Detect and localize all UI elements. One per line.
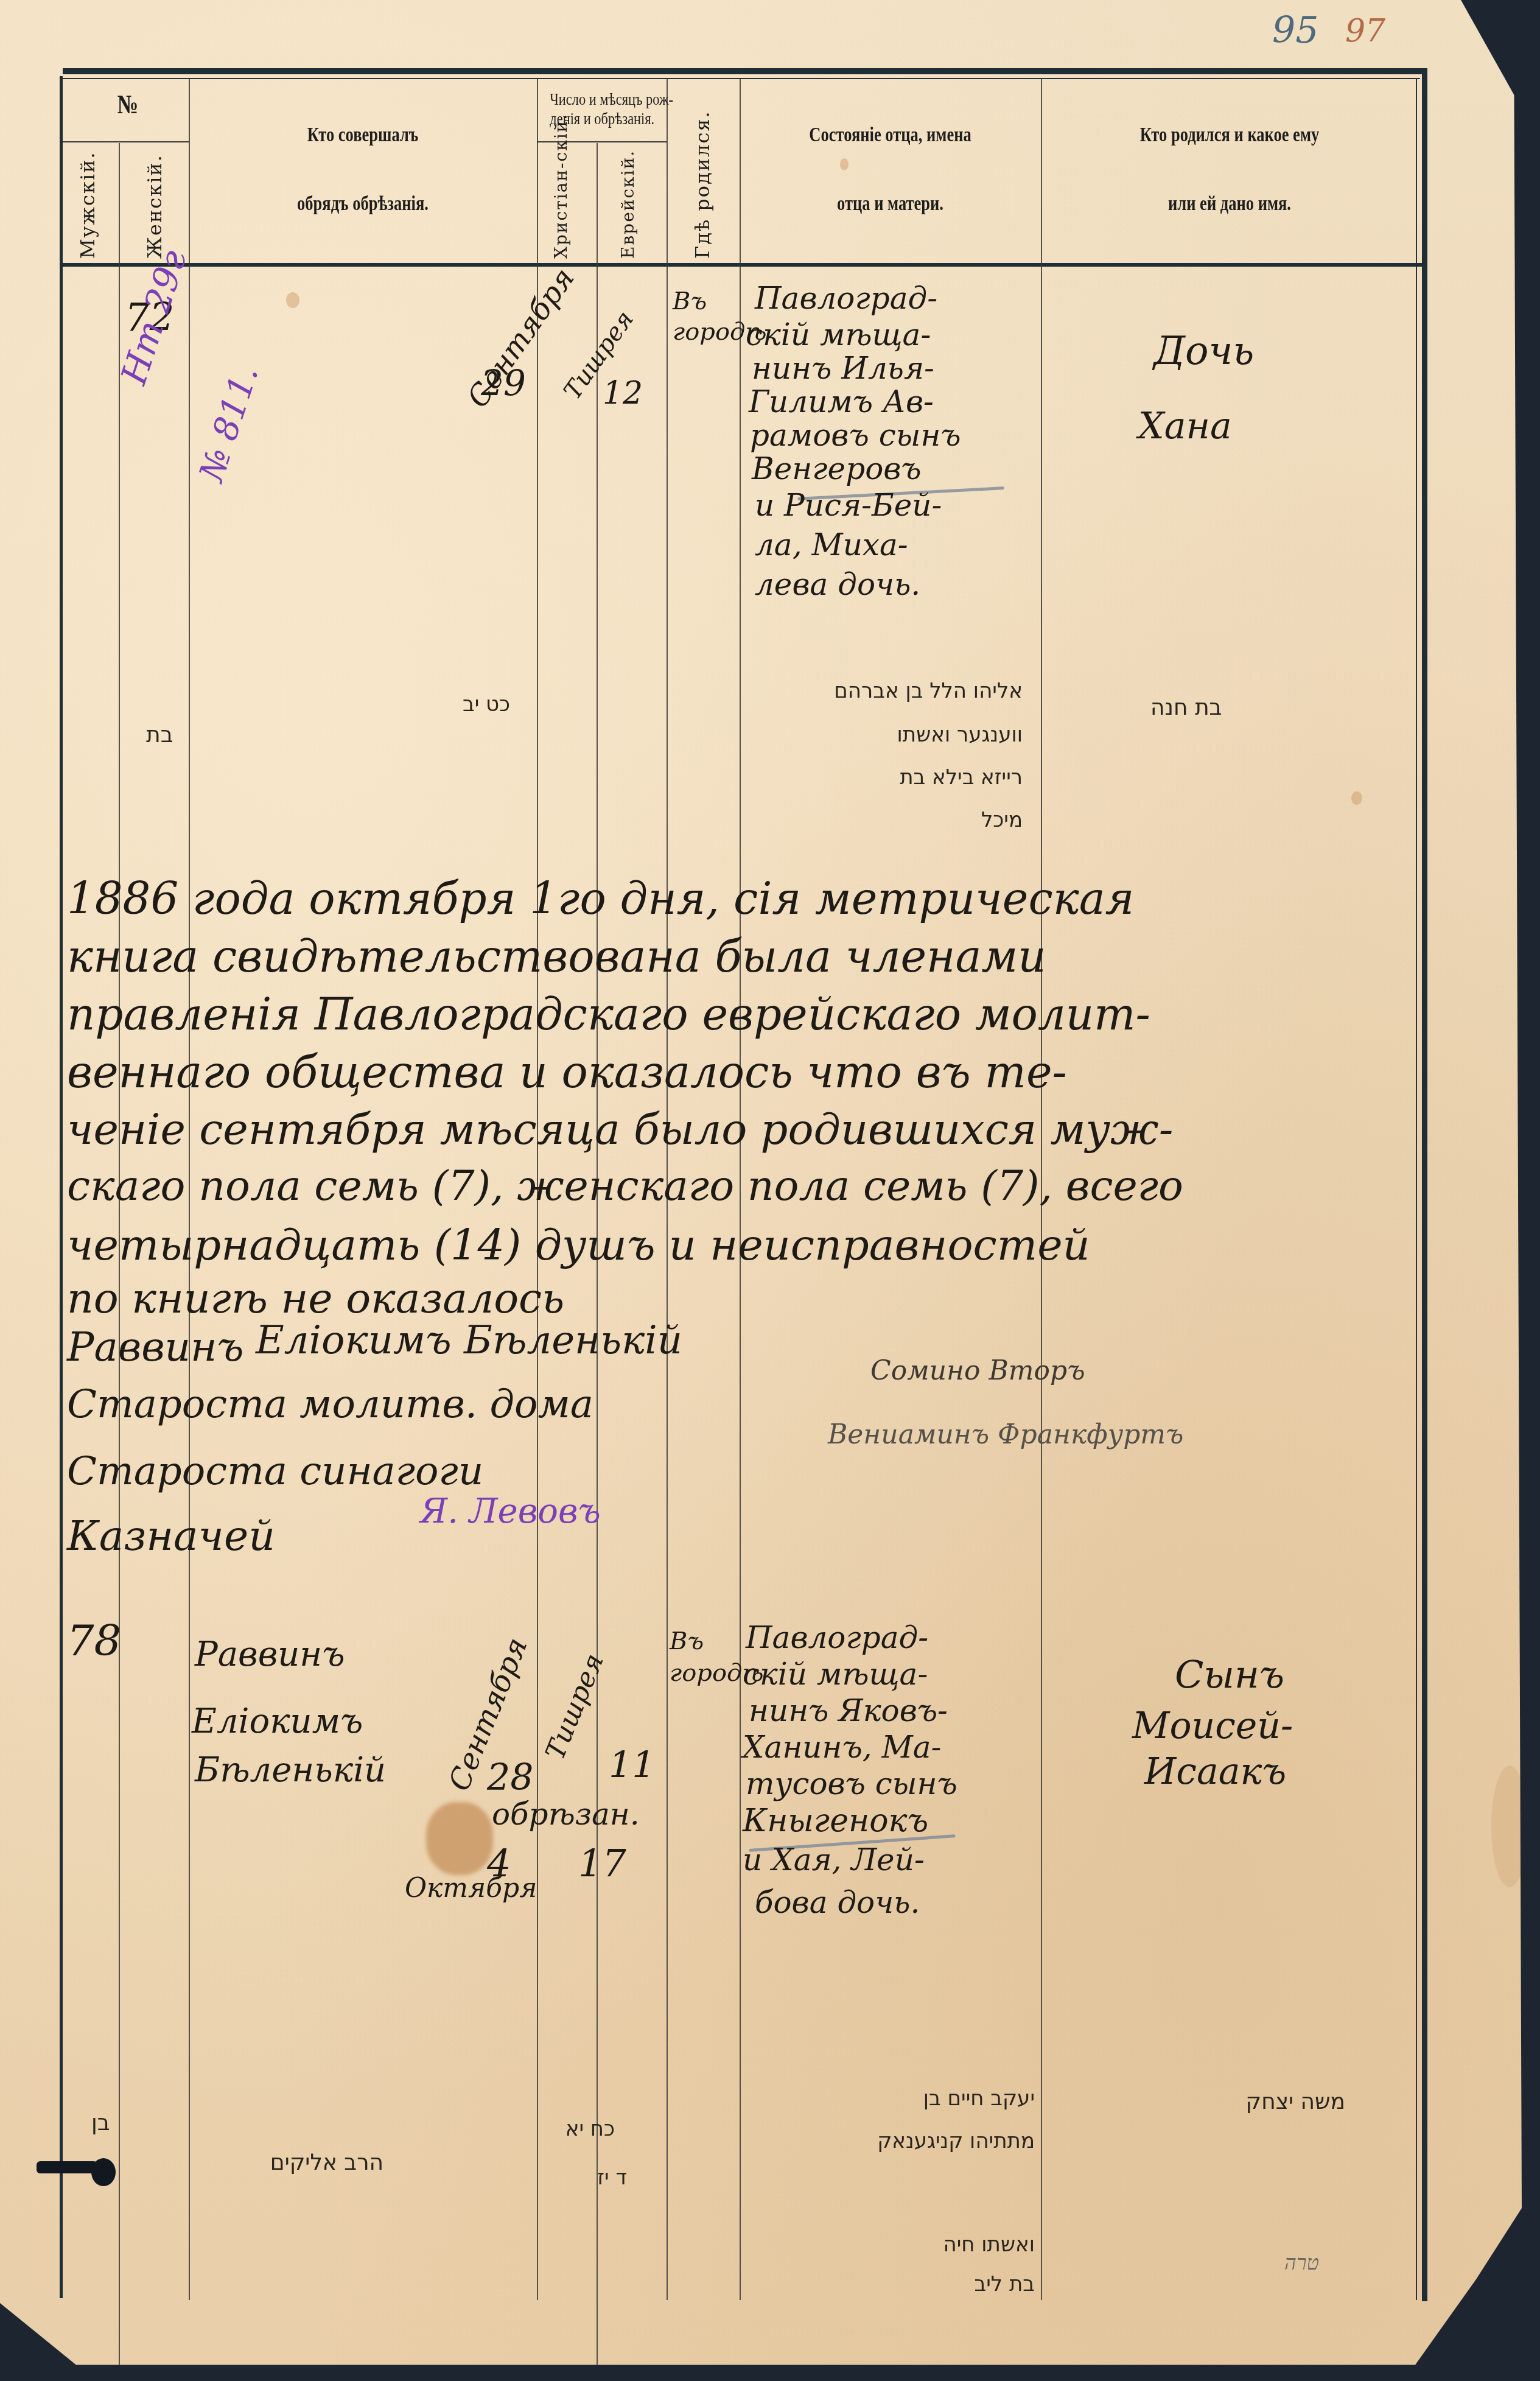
stain: [840, 158, 849, 170]
stain: [426, 1802, 493, 1875]
binding-hole: [91, 2158, 116, 2186]
hebrew-circ-dates: ד יז: [517, 2167, 627, 2188]
parents-surname: Кныгенокъ: [743, 1805, 928, 1837]
hebrew-no: בת: [146, 724, 173, 746]
hebrew-performer: הרב אליקים: [183, 2152, 383, 2174]
circumcision-jewish-day: 17: [578, 1845, 626, 1882]
signature-role: Староста синагоги: [67, 1452, 483, 1491]
header-performer-line1: Кто совершалъ: [227, 125, 499, 146]
certification-line: четырнадцать (14) душъ и неисправностей: [67, 1224, 1090, 1266]
parents-line: лева дочь.: [755, 569, 920, 600]
table-border-right-inner: [1416, 78, 1417, 2300]
signature-role: Казначей: [67, 1516, 275, 1557]
parents-line: нинъ Яковъ-: [749, 1695, 948, 1726]
signature-name: Вениаминъ Франкфуртъ: [828, 1422, 1183, 1448]
hebrew-parents: מיכל: [913, 810, 1023, 830]
header-christian: Христіан-скій.: [551, 149, 571, 259]
parents-line: и Хая, Лей-: [743, 1845, 925, 1875]
parents-line: скій мѣща-: [746, 320, 931, 350]
binding-slot: [37, 2161, 97, 2173]
circumcision-label: обрѣзан.: [492, 1799, 640, 1829]
jewish-month: Тишрея: [542, 1650, 608, 1764]
folio-number: 95: [1272, 12, 1318, 49]
header-child-line2: или ей дано имя.: [1082, 194, 1377, 214]
certification-line: книга свидѣтельствована была членами: [67, 935, 1046, 978]
performer-line: Раввинъ: [195, 1638, 345, 1672]
folio-number-red: 97: [1345, 15, 1385, 47]
header-number: №: [104, 91, 152, 118]
signature-role: Староста молитв. дома: [67, 1385, 593, 1424]
circumcision-month: Октября: [405, 1875, 537, 1902]
header-parents-line1: Состояніе отца, имена: [772, 125, 1007, 146]
hebrew-child: משה יצחק: [1102, 2091, 1345, 2113]
christian-day: 28: [487, 1759, 533, 1796]
header-birthplace: Гдѣ родился.: [691, 91, 714, 259]
hebrew-parents: אליהו הלל בן אברהם: [670, 681, 1023, 701]
hebrew-parents: ווענגער ואשתו: [730, 724, 1023, 745]
parents-line: Павлоград-: [755, 283, 937, 314]
signature-name-violet: Я. Левовъ: [420, 1495, 601, 1529]
signature-name: Сомино Вторъ: [870, 1358, 1085, 1384]
child-name: Исаакъ: [1144, 1753, 1286, 1790]
parents-line: Павлоград-: [746, 1622, 928, 1653]
certification-line: веннаго общества и оказалось что въ те-: [67, 1050, 1067, 1094]
parents-line: скій мѣща-: [743, 1659, 928, 1689]
jewish-day: 12: [603, 377, 643, 409]
record-number-male: 78: [67, 1619, 121, 1662]
header-male: Мужскій.: [76, 152, 99, 259]
pencil-note: טרה: [1284, 2253, 1319, 2273]
parents-line: тусовъ сынъ: [746, 1769, 957, 1799]
header-female: Женскій.: [143, 152, 166, 259]
stain: [1491, 1766, 1528, 1887]
register-page: 95 97 № Мужскій. Женскій. Кто совершалъ …: [0, 0, 1522, 2374]
child-gender: Сынъ: [1175, 1656, 1284, 1694]
header-parents-line2: отца и матери.: [772, 194, 1007, 214]
header-child-line1: Кто родился и какое ему: [1082, 125, 1377, 146]
subheader-rule: [63, 141, 189, 142]
certification-line: правленія Павлоградскаго еврейскаго моли…: [67, 992, 1150, 1036]
stain: [286, 292, 299, 308]
parents-surname: Венгеровъ: [752, 454, 922, 484]
parents-line: Гилимъ Ав-: [749, 387, 934, 417]
table-border-left: [60, 76, 63, 2298]
hebrew-parents: יעקב חיים בן: [749, 2088, 1035, 2109]
parents-line: ла, Миха-: [755, 530, 908, 560]
stain: [1351, 791, 1362, 805]
performer-line: Еліокимъ: [192, 1705, 363, 1739]
child-name: Моисей-: [1132, 1708, 1293, 1744]
hebrew-parents: בת ליב: [852, 2274, 1035, 2295]
margin-note-violet: № 811.: [195, 362, 264, 485]
jewish-day: 11: [609, 1747, 655, 1784]
table-border-top: [63, 68, 1426, 74]
child-name: Хана: [1138, 408, 1232, 444]
performer-line: Бѣленькій: [195, 1753, 386, 1787]
parents-line: и Рися-Бей-: [755, 490, 942, 521]
header-jewish: Еврейскій.: [618, 149, 638, 259]
table-border-top-inner: [63, 78, 1420, 79]
table-border-right: [1422, 68, 1427, 2301]
header-performer-line2: обрядъ обрѣзанія.: [227, 194, 499, 214]
signature-role: Раввинъ: [67, 1327, 244, 1367]
hebrew-parents: רייזא בילא בת: [730, 767, 1023, 788]
hebrew-parents: מתתיהו קניגענאק: [749, 2131, 1035, 2151]
parents-line: рамовъ сынъ: [750, 420, 961, 451]
parents-line: бова дочь.: [755, 1887, 920, 1918]
certification-line: по книгѣ не оказалось: [67, 1278, 564, 1320]
hebrew-child: בת חנה: [1150, 697, 1222, 719]
header-dates-line1: Число и мѣсяцъ рож-: [550, 91, 653, 108]
certification-line: ченіе сентября мѣсяца было родившихся му…: [67, 1108, 1173, 1151]
hebrew-dates: כט יב: [463, 694, 510, 715]
child-gender: Дочь: [1153, 332, 1254, 371]
header-divider: [63, 263, 1422, 267]
christian-day: 29: [481, 365, 526, 401]
parents-line: нинъ Илья-: [752, 353, 934, 384]
certification-line: скаго пола семь (7), женскаго пола семь …: [67, 1166, 1183, 1207]
birthplace: Въ городѣ: [673, 286, 740, 347]
signature-name: Еліокимъ Бѣленькій: [256, 1321, 682, 1360]
birthplace: Въ городѣ: [670, 1625, 737, 1689]
hebrew-parents: ואשתו חיה: [749, 2234, 1035, 2255]
parents-line: Ханинъ, Ма-: [743, 1732, 942, 1762]
hebrew-dates: כח יא: [414, 2119, 615, 2139]
certification-line: 1886 года октября 1го дня, сія метрическ…: [67, 877, 1134, 920]
hebrew-no: בן: [91, 2113, 110, 2134]
